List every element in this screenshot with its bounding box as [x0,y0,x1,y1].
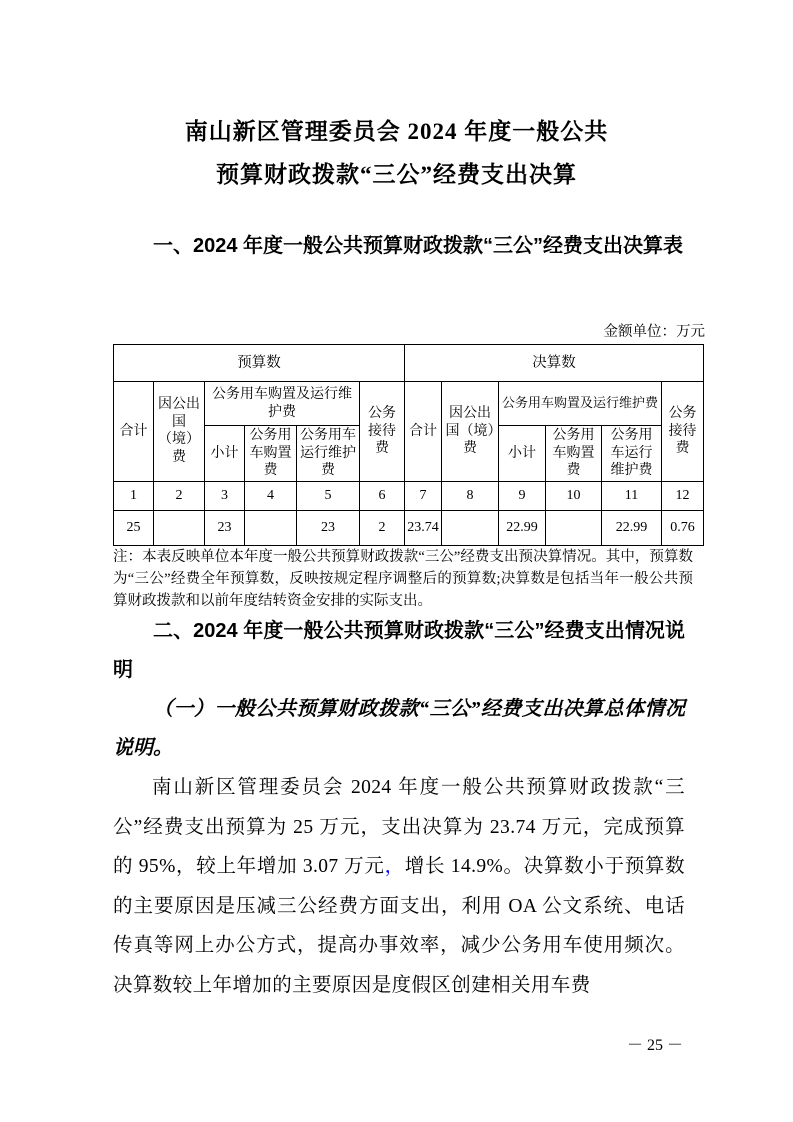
blue-comma: ， [385,856,405,877]
value-budget-operation: 23 [297,510,360,545]
budget-subtotal-header: 小计 [205,426,245,482]
col-number-11: 11 [602,481,662,510]
col-number-12: 12 [662,481,704,510]
value-budget-reception: 2 [360,510,405,545]
document-title-line2: 预算财政拨款“三公”经费支出决算 [0,153,793,196]
value-budget-subtotal: 23 [205,510,245,545]
budget-abroad-header: 因公出国（境）费 [154,382,205,482]
budget-total-header: 合计 [114,382,154,482]
document-title: 南山新区管理委员会 2024 年度一般公共 预算财政拨款“三公”经费支出决算 [0,110,793,196]
final-total-header: 合计 [405,382,442,482]
budget-operation-header: 公务用车运行维护费 [297,426,360,482]
budget-reception-header: 公务接待费 [360,382,405,482]
col-number-2: 2 [154,481,205,510]
final-abroad-header: 因公出国（境）费 [442,382,499,482]
section2-body: 二、2024 年度一般公共预算财政拨款“三公”经费支出情况说明 （一）一般公共预… [113,612,685,1005]
value-budget-purchase [245,510,297,545]
page-number: － 25 － [575,1032,735,1055]
value-budget-total: 25 [114,510,154,545]
col-number-4: 4 [245,481,297,510]
value-budget-abroad [154,510,205,545]
col-number-1: 1 [114,481,154,510]
col-number-3: 3 [205,481,245,510]
col-number-10: 10 [546,481,602,510]
col-number-7: 7 [405,481,442,510]
value-final-abroad [442,510,499,545]
document-title-line1: 南山新区管理委员会 2024 年度一般公共 [0,110,793,153]
value-final-reception: 0.76 [662,510,704,545]
section1-heading: 一、2024 年度一般公共预算财政拨款“三公”经费支出决算表 [113,226,685,266]
group-header-budget: 预算数 [114,345,405,382]
col-number-8: 8 [442,481,499,510]
col-number-9: 9 [499,481,546,510]
final-vehicle-group-header: 公务用车购置及运行维护费 [499,382,662,426]
group-header-final: 决算数 [405,345,704,382]
value-final-purchase [546,510,602,545]
budget-vehicle-group-header: 公务用车购置及运行维护费 [205,382,360,426]
budget-purchase-header: 公务用车购置费 [245,426,297,482]
col-number-6: 6 [360,481,405,510]
value-final-operation: 22.99 [602,510,662,545]
final-operation-header: 公务用车运行维护费 [602,426,662,482]
value-final-subtotal: 22.99 [499,510,546,545]
col-number-5: 5 [297,481,360,510]
section2-heading: 二、2024 年度一般公共预算财政拨款“三公”经费支出情况说明 [113,612,685,690]
final-reception-header: 公务接待费 [662,382,704,482]
section2-sub-heading: （一）一般公共预算财政拨款“三公”经费支出决算总体情况说明。 [113,690,685,768]
amount-unit-label: 金额单位：万元 [113,320,705,341]
final-subtotal-header: 小计 [499,426,546,482]
table-note: 注：本表反映单位本年度一般公共预算财政拨款“三公”经费支出预决算情况。其中，预算… [113,546,693,612]
section2-paragraph: 南山新区管理委员会 2024 年度一般公共预算财政拨款“三公”经费支出预算为 2… [113,768,685,1005]
final-purchase-header: 公务用车购置费 [546,426,602,482]
three-public-expense-table: 预算数 决算数 合计 因公出国（境）费 公务用车购置及运行维护费 公务接待费 合… [113,344,704,546]
document-page: 南山新区管理委员会 2024 年度一般公共 预算财政拨款“三公”经费支出决算 一… [0,0,793,1122]
value-final-total: 23.74 [405,510,442,545]
